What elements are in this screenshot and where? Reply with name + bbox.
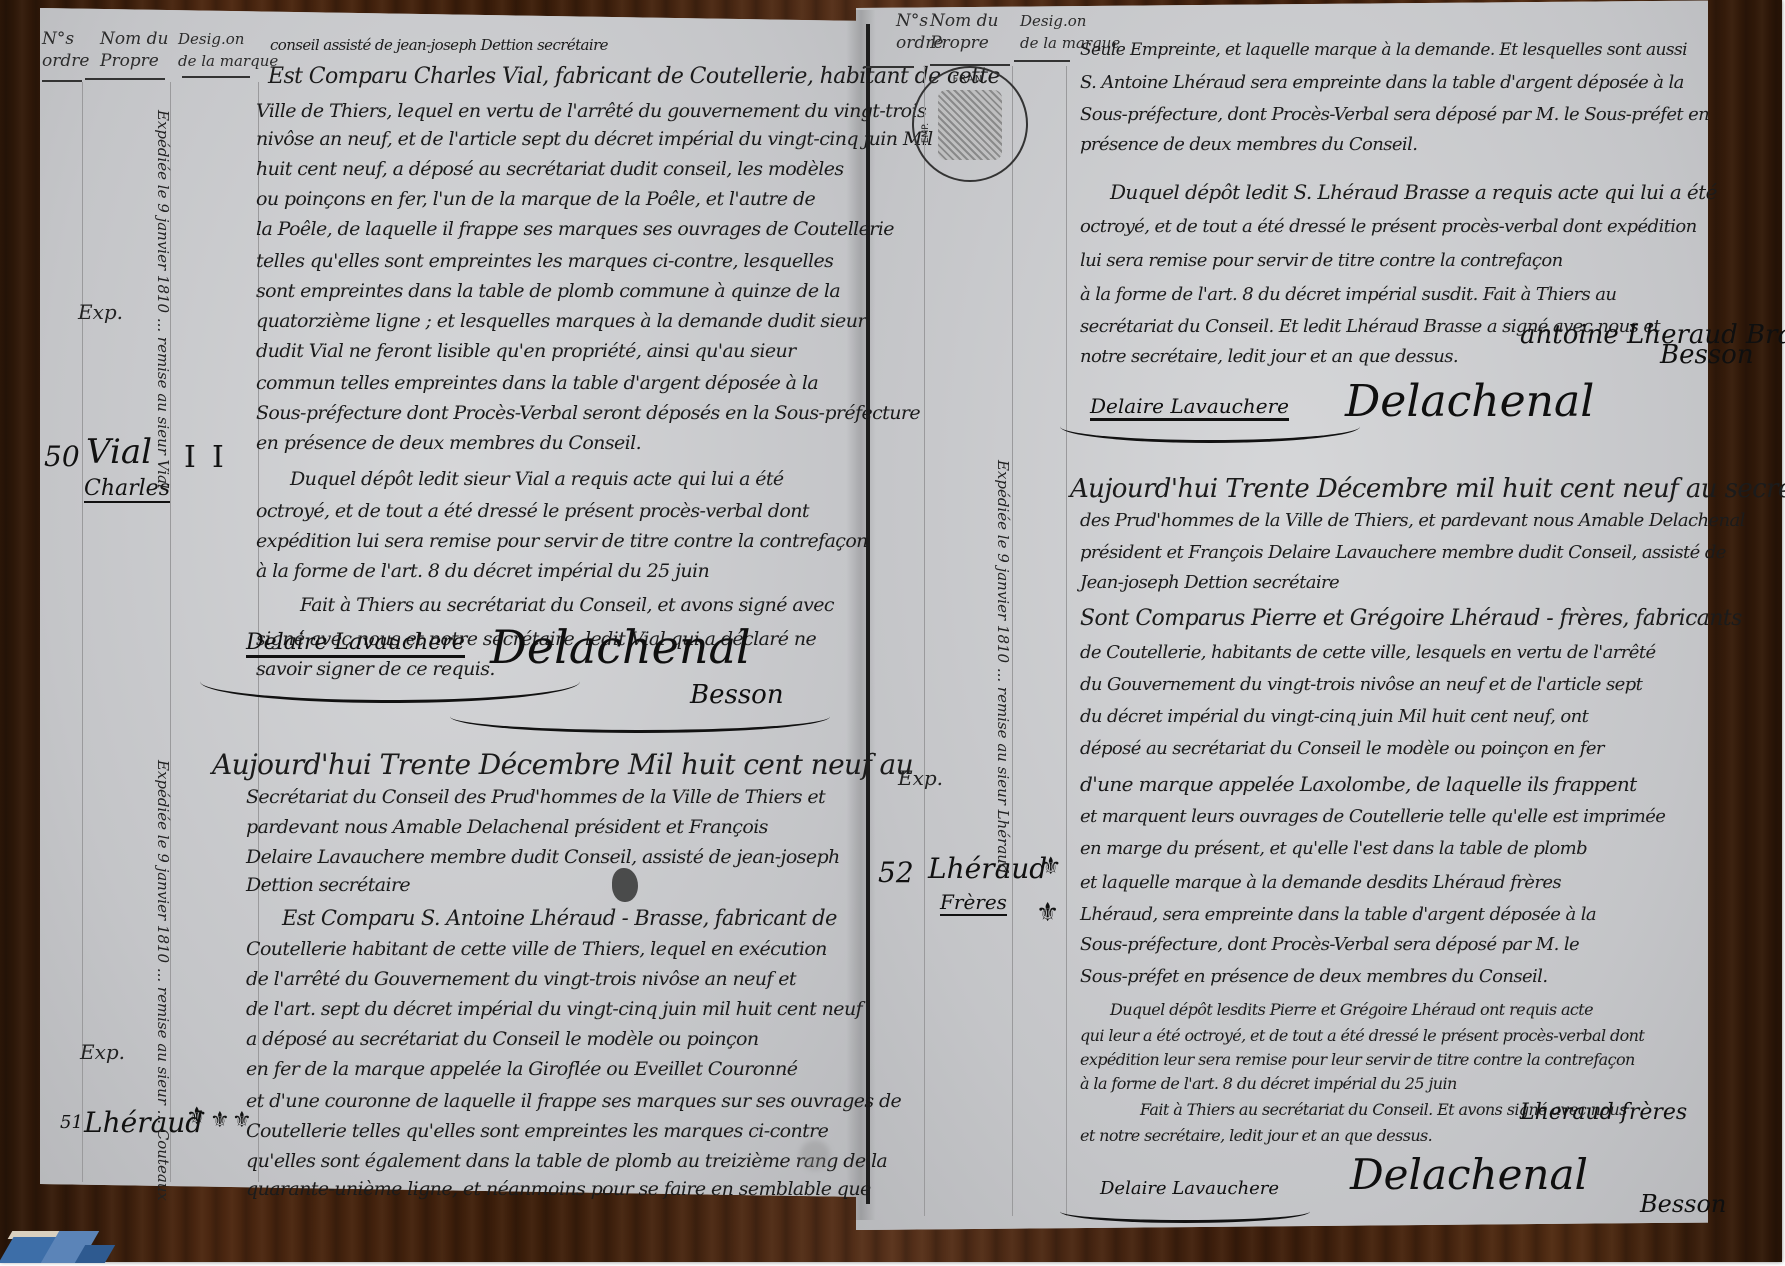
margin-note-exp: Exp. (80, 1040, 125, 1064)
text-line: et laquelle marque à la demande desdits … (1080, 872, 1561, 893)
margin-note-exp: Exp. (78, 300, 123, 324)
trademark-carnation-icon: ⚜ (186, 1102, 208, 1130)
text-line: qu'elles sont également dans la table de… (246, 1150, 887, 1172)
text-line: Sous-préfecture, dont Procès-Verbal sera… (1080, 104, 1709, 125)
text-line: Fait à Thiers au secrétariat du Conseil,… (300, 594, 834, 616)
left-header-col1: N°s ordre (42, 28, 89, 72)
text-line: déposé au secrétariat du Conseil le modè… (1080, 738, 1604, 759)
text-line: telles qu'elles sont empreintes les marq… (256, 250, 833, 272)
text-line: de l'art. sept du décret impérial du vin… (246, 998, 862, 1020)
left-header-col3: Desig.on de la marque (178, 28, 278, 72)
header-text: Nom du (930, 10, 998, 32)
text-line: S. Antoine Lhéraud sera empreinte dans l… (1080, 72, 1684, 93)
text-line: Sous-préfecture, dont Procès-Verbal sera… (1080, 934, 1579, 955)
text-line: Aujourd'hui Trente Décembre Mil huit cen… (212, 748, 913, 781)
text-line: de Coutellerie, habitants de cette ville… (1080, 642, 1656, 663)
signature-flourish (1060, 1200, 1310, 1223)
text-line: en présence de deux membres du Conseil. (256, 432, 641, 454)
header-rule (864, 66, 914, 68)
trademark-carnation-icon: ⚜ (232, 1108, 252, 1133)
header-text: Propre (100, 50, 168, 72)
signature-flourish (450, 700, 830, 733)
column-rule (1066, 66, 1067, 1216)
signature-delachenal: Delachenal (1350, 1150, 1588, 1199)
page-spine-line (866, 24, 870, 1204)
text-line: quarante-unième ligne, et néanmoins pour… (246, 1178, 871, 1200)
entry-number: 51 (60, 1112, 83, 1133)
text-line: du Gouvernement du vingt-trois nivôse an… (1080, 674, 1642, 695)
text-line: la Poêle, de laquelle il frappe ses marq… (256, 218, 894, 240)
entry-surname: Vial (86, 432, 152, 472)
trademark-carnation-icon: ⚜ (210, 1108, 230, 1133)
text-line: présence de deux membres du Conseil. (1080, 134, 1417, 155)
text-line: en marge du présent, et qu'elle l'est da… (1080, 838, 1587, 859)
text-line: Secrétariat du Conseil des Prud'hommes d… (246, 786, 825, 808)
signature-delaire: Delaire Lavauchere (246, 630, 465, 658)
signature-besson: Besson (1640, 1190, 1726, 1218)
column-rule (924, 66, 925, 1216)
text-line: Est Comparu S. Antoine Lhéraud - Brasse,… (282, 906, 837, 930)
ink-smudge (800, 1140, 830, 1170)
text-line: des Prud'hommes de la Ville de Thiers, e… (1080, 510, 1745, 531)
text-line: d'une marque appelée Laxolombe, de laque… (1080, 772, 1637, 796)
entry-given-name: Frères (940, 890, 1007, 916)
signature-flourish (200, 660, 580, 703)
text-line: commun telles empreintes dans la table d… (256, 372, 818, 394)
stamp-figure-icon (938, 90, 1002, 160)
column-rule (82, 82, 83, 1182)
text-line: Lhéraud, sera empreinte dans la table d'… (1080, 904, 1596, 925)
signature-flourish (1060, 410, 1360, 443)
text-line: huit cent neuf, a déposé au secrétariat … (256, 158, 844, 180)
left-header-col2: Nom du Propre (100, 28, 168, 72)
header-rule (42, 80, 82, 82)
header-text: N°s (42, 28, 89, 50)
header-text: Propre (930, 32, 998, 54)
header-text: Desig.on (178, 28, 278, 50)
text-line: expédition leur sera remise pour leur se… (1080, 1050, 1635, 1069)
text-line: à la forme de l'art. 8 du décret impéria… (1080, 284, 1616, 305)
text-line: Duquel dépôt ledit sieur Vial a requis a… (290, 468, 784, 490)
text-line: Delaire Lavauchere membre dudit Conseil,… (246, 846, 840, 868)
entry-number: 52 (878, 856, 914, 889)
photograph: N°s ordre Nom du Propre Desig.on de la m… (0, 0, 1782, 1262)
text-line: ou poinçons en fer, l'un de la marque de… (256, 188, 815, 210)
vertical-margin-note: Expédiée le 9 janvier 1810 ... remise au… (994, 460, 1012, 874)
text-line: Sous-préfecture dont Procès-Verbal seron… (256, 402, 920, 424)
text-line: Duquel dépôt lesdits Pierre et Grégoire … (1110, 1000, 1593, 1019)
text-line: Jean-joseph Dettion secrétaire (1080, 572, 1339, 593)
header-text: ordre (42, 50, 89, 72)
trademark-mark-icon: Ӏ (212, 440, 224, 475)
text-line: octroyé, et de tout a été dressé le prés… (256, 500, 809, 522)
text-line: sont empreintes dans la table de plomb c… (256, 280, 840, 302)
header-rule (182, 76, 250, 78)
text-line: Coutellerie habitant de cette ville de T… (246, 938, 827, 960)
text-line: a déposé au secrétariat du Conseil le mo… (246, 1028, 758, 1050)
text-line: de l'arrêté du Gouvernement du vingt-tro… (246, 968, 796, 990)
text-line: et notre secrétaire, ledit jour et an qu… (1080, 1126, 1432, 1145)
text-line: Duquel dépôt ledit S. Lhéraud Brasse a r… (1110, 180, 1717, 204)
text-line: et marquent leurs ouvrages de Coutelleri… (1080, 806, 1665, 827)
signature-delaire: Delaire Lavauchere (1100, 1178, 1279, 1199)
signature-besson: Besson (1660, 340, 1754, 370)
text-line: notre secrétaire, ledit jour et an que d… (1080, 346, 1458, 367)
text-line: et d'une couronne de laquelle il frappe … (246, 1090, 901, 1112)
book-gutter (846, 10, 876, 1220)
signature-delachenal: Delachenal (1345, 376, 1594, 427)
margin-note-exp: Exp. (898, 766, 943, 790)
text-line: Dettion secrétaire (246, 874, 410, 896)
header-rule (85, 78, 165, 80)
imperial-tax-stamp: FRAN. EMP. (912, 66, 1028, 182)
header-rule (1014, 60, 1070, 62)
text-line: Sont Comparus Pierre et Grégoire Lhéraud… (1080, 606, 1742, 631)
stacked-books (0, 1225, 120, 1263)
text-line: dudit Vial ne feront lisible qu'en propr… (256, 340, 796, 362)
text-line: président et François Delaire Lavauchere… (1080, 542, 1726, 563)
text-line: du décret impérial du vingt-cinq juin Mi… (1080, 706, 1588, 727)
header-text: de la marque (178, 50, 278, 72)
text-line: conseil assisté de jean-joseph Dettion s… (270, 36, 608, 54)
right-header-col2: Nom du Propre (930, 10, 998, 54)
text-line: lui sera remise pour servir de titre con… (1080, 250, 1563, 271)
column-rule (1012, 66, 1013, 1216)
vertical-margin-note: Expédiée le 9 janvier 1810 ... remise au… (154, 110, 172, 489)
text-line: octroyé, et de tout a été dressé le prés… (1080, 216, 1697, 237)
text-line: nivôse an neuf, et de l'article sept du … (256, 128, 933, 150)
text-line: Aujourd'hui Trente Décembre mil huit cen… (1070, 474, 1785, 504)
text-line: à la forme de l'art. 8 du décret impéria… (256, 560, 709, 582)
trademark-dove-icon: ⚜ (1036, 898, 1059, 928)
text-line: en fer de la marque appelée la Giroflée … (246, 1058, 797, 1080)
text-line: Coutellerie telles qu'elles sont emprein… (246, 1120, 828, 1142)
text-line: pardevant nous Amable Delachenal préside… (246, 816, 768, 838)
ink-blot (612, 868, 638, 902)
stamp-text: FRAN. (953, 74, 988, 85)
stamp-text: EMP. (921, 123, 931, 143)
text-line: Ville de Thiers, lequel en vertu de l'ar… (256, 100, 926, 122)
entry-number: 50 (44, 440, 80, 473)
text-line: Seule Empreinte, et laquelle marque à la… (1080, 40, 1687, 60)
text-line: à la forme de l'art. 8 du décret impéria… (1080, 1074, 1457, 1093)
vertical-margin-note: Expédiée le 9 janvier 1810 ... remise au… (154, 760, 172, 1201)
entry-surname: Lhéraud (928, 852, 1047, 885)
text-line: Sous-préfet en présence de deux membres … (1080, 966, 1547, 987)
trademark-dove-icon: ⚜ (1040, 852, 1062, 880)
text-line: expédition lui sera remise pour servir d… (256, 530, 868, 552)
header-text: Desig.on (1020, 10, 1120, 32)
text-line: qui leur a été octroyé, et de tout a été… (1080, 1026, 1644, 1045)
text-line: quatorzième ligne ; et lesquelles marque… (256, 310, 866, 332)
trademark-mark-icon: Ӏ (184, 440, 196, 475)
signature-lheraud-freres: Lheraud frères (1520, 1100, 1687, 1125)
header-text: Nom du (100, 28, 168, 50)
